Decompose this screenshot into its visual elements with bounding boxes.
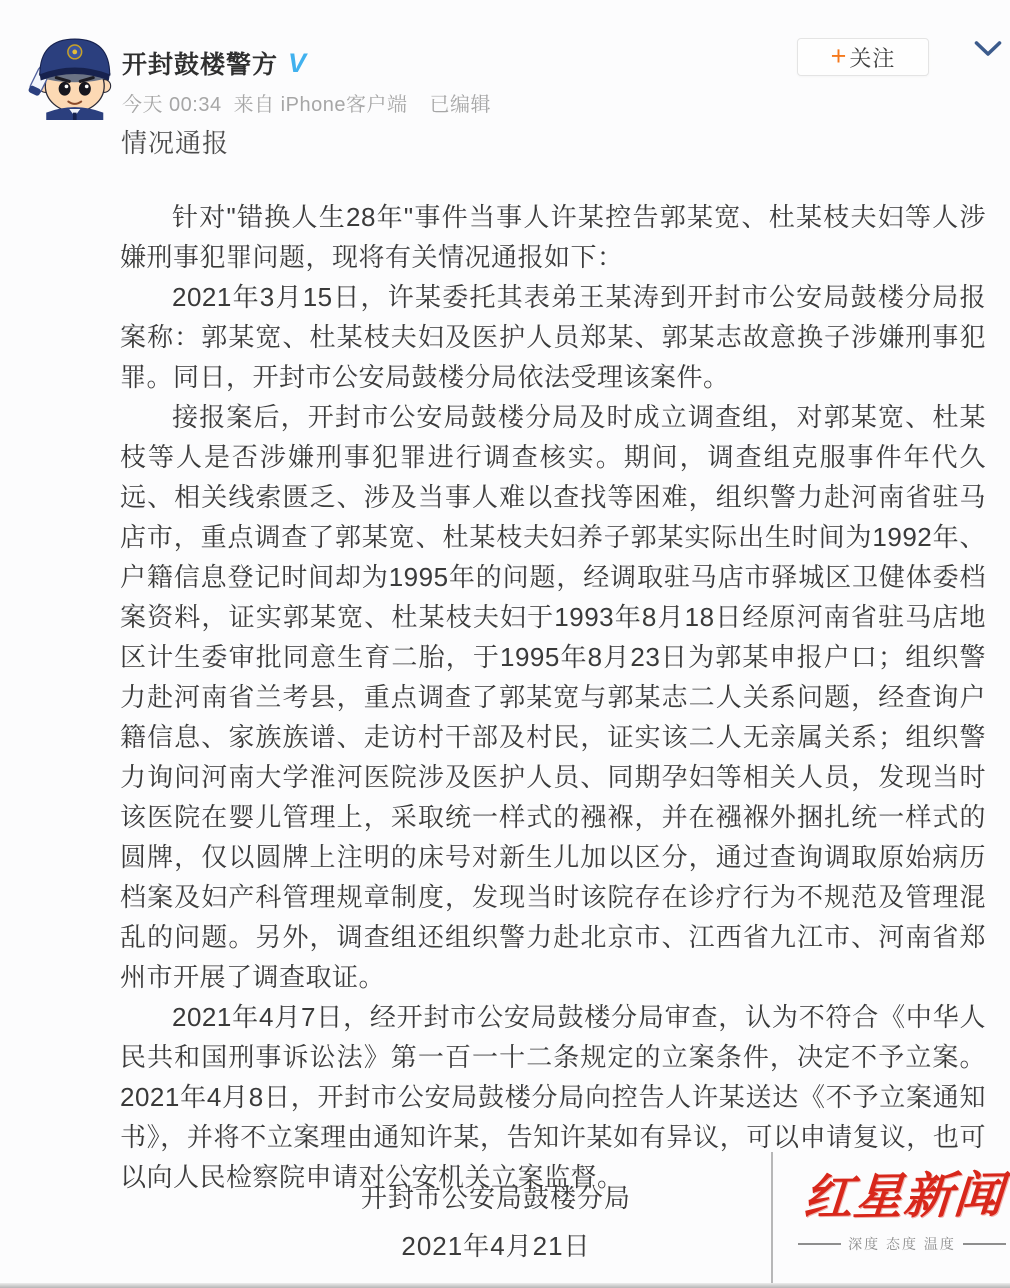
post-meta: 今天 00:34 来自 iPhone客户端 已编辑: [122, 88, 491, 117]
photo-bottom-edge: [0, 1283, 1010, 1288]
red-star-news-logo: 红星新闻: [801, 1156, 1010, 1230]
verified-badge-icon: V: [288, 50, 306, 77]
signature-block: 开封市公安局鼓楼分局 2021年4月21日: [120, 1178, 872, 1274]
avatar[interactable]: [26, 28, 118, 120]
police-officer-avatar-icon: [26, 28, 118, 120]
chevron-down-icon[interactable]: [974, 40, 1002, 58]
edited-label[interactable]: 已编辑: [429, 88, 491, 117]
paragraph-1: 针对"错换人生28年"事件当事人许某控告郭某宽、杜某枝夫妇等人涉嫌刑事犯罪问题，…: [120, 197, 986, 277]
post-body: 针对"错换人生28年"事件当事人许某控告郭某宽、杜某枝夫妇等人涉嫌刑事犯罪问题，…: [120, 197, 986, 1197]
paragraph-2: 2021年3月15日，许某委托其表弟王某涛到开封市公安局鼓楼分局报案称：郭某宽、…: [120, 277, 986, 397]
paragraph-3: 接报案后，开封市公安局鼓楼分局及时成立调查组，对郭某宽、杜某枝等人是否涉嫌刑事犯…: [120, 397, 986, 997]
tagline-text: 深度 态度 温度: [848, 1234, 956, 1254]
tagline-dash-right: [963, 1243, 1006, 1245]
author-name[interactable]: 开封鼓楼警方: [122, 45, 278, 81]
weibo-post: 开封鼓楼警方 V 今天 00:34 来自 iPhone客户端 已编辑 + 关注 …: [0, 0, 1010, 1288]
tagline-dash-left: [798, 1243, 841, 1245]
post-source-link[interactable]: 来自 iPhone客户端: [234, 88, 408, 117]
plus-icon: +: [831, 43, 847, 70]
watermark-tagline: 深度 态度 温度: [798, 1234, 1006, 1254]
signature-date: 2021年4月21日: [120, 1226, 872, 1266]
signature-agency: 开封市公安局鼓楼分局: [120, 1178, 872, 1218]
post-title: 情况通报: [121, 123, 229, 160]
author-row: 开封鼓楼警方 V: [122, 46, 306, 80]
follow-button[interactable]: + 关注: [797, 38, 929, 76]
watermark-divider: [771, 1152, 773, 1288]
post-time: 今天 00:34: [122, 88, 222, 117]
follow-button-label: 关注: [849, 42, 895, 73]
